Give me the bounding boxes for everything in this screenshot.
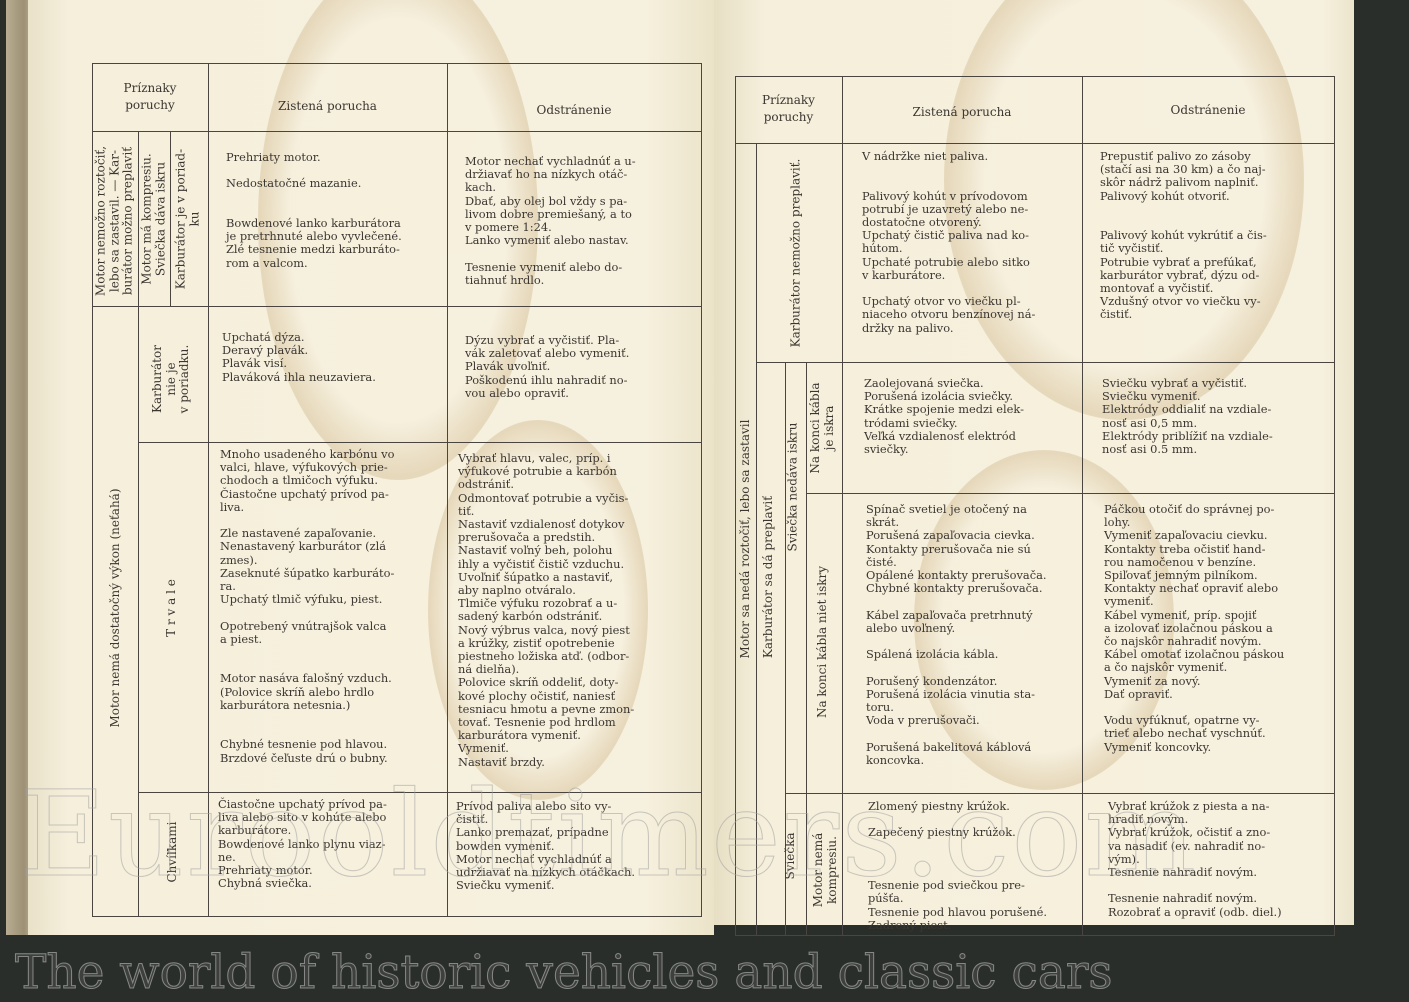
table-rule: [842, 76, 843, 935]
header-symptoms: Príznaky poruchy: [92, 80, 208, 114]
symptom-label-intermittent: Chvíľkami: [166, 800, 182, 904]
table-rule: [735, 935, 1335, 936]
symptom-label-engine-wont-start: Motor sa nedá roztočiť, lebo sa zastavil: [739, 143, 755, 935]
symptom-label-spark-ok: Sviečka: [784, 816, 800, 896]
symptom-label-compression-spark: Motor má kompresiu. Sviečka dáva iskru: [141, 132, 169, 307]
table-rule: [756, 143, 757, 935]
table-rule: [92, 63, 702, 64]
table-rule: [138, 792, 702, 793]
table-rule: [170, 131, 171, 306]
faults-spark-at-cable: Zaolejovaná sviečka. Porušená izolácia s…: [864, 377, 1079, 456]
watermark-tagline: The world of historic vehicles and class…: [15, 945, 1112, 1000]
faults-carburetor: Upchatá dýza. Deravý plavák. Plavák visí…: [222, 331, 442, 384]
remedies-intermittent: Prívod paliva alebo sito vy- čistiť. Lan…: [456, 800, 698, 892]
header-symptoms: Príznaky poruchy: [735, 92, 842, 126]
table-rule: [806, 493, 1335, 494]
symptom-label-carburetor-floods: Karburátor sa dá preplaviť: [762, 427, 778, 727]
table-rule: [735, 76, 1335, 77]
table-rule: [138, 306, 139, 916]
remedies-no-spark-at-cable: Páčkou otočiť do správnej po- lohy. Vyme…: [1104, 503, 1334, 754]
symptom-label-no-spark: Sviečka nedáva iskru: [787, 370, 803, 605]
table-rule: [785, 793, 1335, 794]
header-remedy: Odstránenie: [1082, 102, 1334, 119]
remedies-carburetor-no-flood: Prepustiť palivo zo zásoby (stačí asi na…: [1100, 150, 1330, 322]
faults-permanent: Mnoho usadeného karbónu vo valci, hlave,…: [220, 448, 445, 765]
faults-carburetor-no-flood: V nádržke niet paliva. Palivový kohút v …: [862, 150, 1077, 335]
symptom-label-carburetor-no-flood: Karburátor nemožno preplaviť.: [790, 144, 806, 363]
table-rule: [701, 63, 702, 916]
table-rule: [208, 63, 209, 916]
table-rule: [806, 362, 807, 935]
symptom-label-no-spark-at-cable: Na konci kábla niet iskry: [816, 492, 832, 792]
table-rule: [1334, 76, 1335, 935]
remedies-carburetor: Dýzu vybrať a vyčistiť. Pla- vák zaletov…: [465, 334, 695, 400]
header-fault: Zistená porucha: [842, 104, 1082, 121]
table-rule: [735, 76, 736, 935]
symptom-label-permanent: T r v a l e: [165, 548, 181, 668]
table-rule: [1082, 76, 1083, 935]
table-rule: [735, 143, 1335, 144]
remedies-spark-at-cable: Sviečku vybrať a vyčistiť. Sviečku vymen…: [1102, 377, 1332, 456]
table-rule: [447, 63, 448, 916]
symptom-label-no-compression: Motor nemá kompresiu.: [812, 825, 842, 915]
symptom-label-low-power: Motor nemá dostatočný výkon (neťahá): [109, 303, 125, 913]
table-rule: [138, 442, 702, 443]
remedies-no-compression: Vybrať krúžok z piesta a na- hradiť nový…: [1108, 800, 1334, 919]
faults-no-spark-at-cable: Spínač svetiel je otočený na skrát. Poru…: [866, 503, 1081, 767]
header-remedy: Odstránenie: [447, 102, 701, 119]
faults-no-compression: Zlomený piestny krúžok. Zapečený piestny…: [868, 800, 1080, 932]
symptom-label-carburetor-faulty: Karburátor nie je v poriadku.: [151, 325, 195, 433]
table-rule: [92, 916, 702, 917]
symptom-label-carburetor-ok: Karburátor je v poriad- ku: [175, 132, 203, 307]
remedies-permanent: Vybrať hlavu, valec, príp. i výfukové po…: [458, 452, 698, 769]
symptom-label-spark-at-cable: Na konci kábla je iskra: [809, 363, 839, 493]
symptom-label-engine-wont-start: Motor nemožno roztočiť, lebo sa zastavil…: [95, 134, 137, 309]
header-fault: Zistená porucha: [208, 98, 447, 115]
remedies-group1: Motor nechať vychladnúť a u- držiavať ho…: [465, 155, 695, 287]
faults-intermittent: Čiastočne upchatý prívod pa- liva alebo …: [218, 798, 446, 890]
faults-group1: Prehriaty motor. Nedostatočné mazanie. B…: [226, 151, 441, 270]
